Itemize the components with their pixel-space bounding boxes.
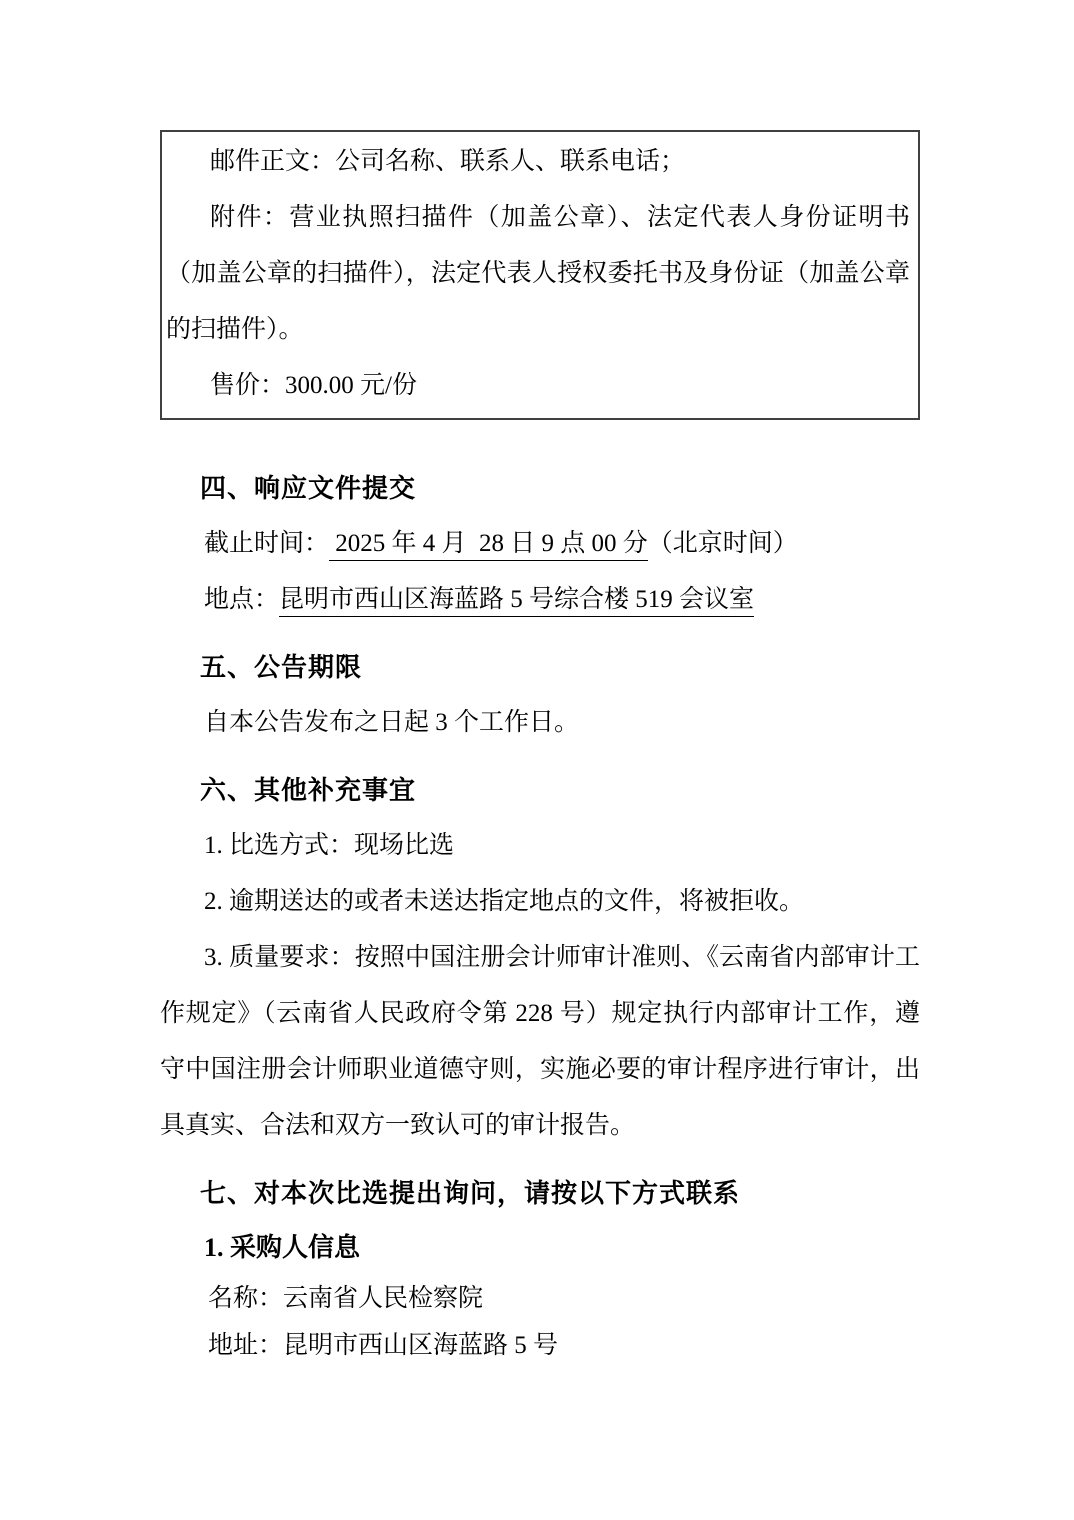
location-value: 昆明市西山区海蓝路 5 号综合楼 519 会议室 (279, 586, 754, 617)
purchase-notice-box: 邮件正文：公司名称、联系人、联系电话； 附件：营业执照扫描件（加盖公章）、法定代… (160, 130, 920, 420)
section6-heading: 六、其他补充事宜 (160, 762, 920, 818)
purchaser-address-line: 地址：昆明市西山区海蓝路 5 号 (160, 1322, 920, 1369)
price-line: 售价：300.00 元/份 (166, 358, 910, 414)
section4-heading: 四、响应文件提交 (160, 460, 920, 516)
comparison-method-line: 1. 比选方式：现场比选 (160, 818, 920, 874)
section5-heading: 五、公告期限 (160, 639, 920, 695)
deadline-label: 截止时间： (204, 530, 329, 557)
document-page: 邮件正文：公司名称、联系人、联系电话； 附件：营业执照扫描件（加盖公章）、法定代… (0, 0, 1074, 1520)
location-label: 地点： (204, 586, 279, 613)
deadline-timezone: （北京时间） (648, 530, 798, 557)
announcement-period-line: 自本公告发布之日起 3 个工作日。 (160, 695, 920, 751)
deadline-value: 2025 年 4 月 28 日 9 点 00 分 (329, 530, 648, 561)
late-delivery-line: 2. 逾期送达的或者未送达指定地点的文件，将被拒收。 (160, 874, 920, 930)
deadline-line: 截止时间： 2025 年 4 月 28 日 9 点 00 分（北京时间） (160, 516, 920, 572)
quality-requirements-paragraph: 3. 质量要求：按照中国注册会计师审计准则、《云南省内部审计工作规定》（云南省人… (160, 930, 920, 1154)
attachment-requirements-line: 附件：营业执照扫描件（加盖公章）、法定代表人身份证明书（加盖公章的扫描件），法定… (166, 190, 910, 358)
section7-heading: 七、对本次比选提出询问，请按以下方式联系 (160, 1165, 920, 1221)
document-content: 邮件正文：公司名称、联系人、联系电话； 附件：营业执照扫描件（加盖公章）、法定代… (160, 130, 920, 1369)
purchaser-info-heading: 1. 采购人信息 (160, 1221, 920, 1275)
email-body-line: 邮件正文：公司名称、联系人、联系电话； (166, 134, 910, 190)
purchaser-name-line: 名称：云南省人民检察院 (160, 1275, 920, 1322)
location-line: 地点：昆明市西山区海蓝路 5 号综合楼 519 会议室 (160, 572, 920, 628)
